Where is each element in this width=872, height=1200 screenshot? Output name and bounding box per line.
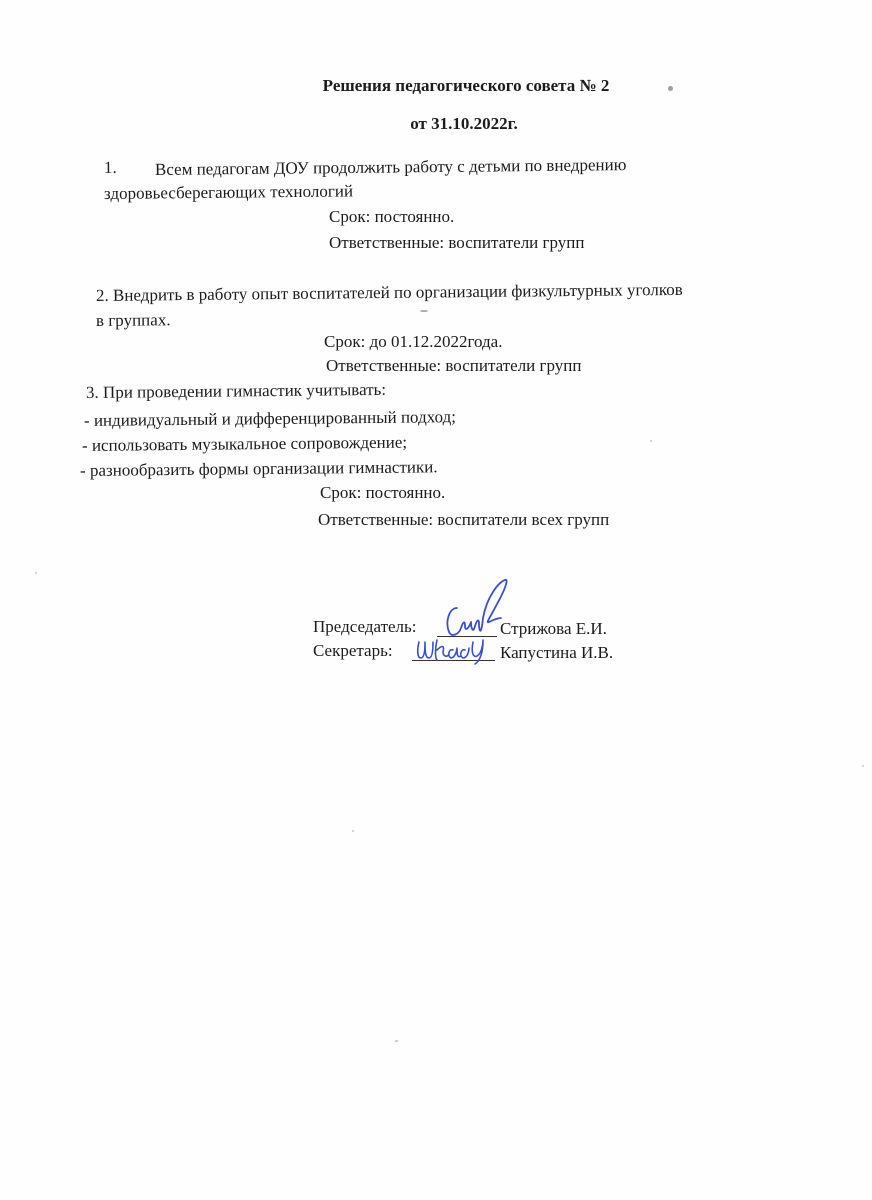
- secretary-signature-icon: [413, 636, 498, 666]
- secretary-name: Капустина И.В.: [500, 643, 613, 663]
- item-1-text-line1: Всем педагогам ДОУ продолжить работу с д…: [155, 155, 627, 180]
- scan-speck: [650, 440, 652, 442]
- item-2-text-line2: в группах.: [96, 310, 171, 331]
- document-date: от 31.10.2022г.: [28, 114, 872, 134]
- item-2-responsible: Ответственные: воспитатели групп: [326, 356, 581, 376]
- item-2-deadline: Срок: до 01.12.2022года.: [324, 332, 502, 352]
- chair-signature-icon: [435, 578, 515, 640]
- document-title: Решения педагогического совета № 2: [30, 76, 872, 96]
- chair-label: Председатель:: [313, 617, 417, 637]
- item-1-text-line2: здоровьесберегающих технологий: [104, 181, 353, 204]
- item-3-text-line1: 3. При проведении гимнастик учитывать:: [86, 380, 386, 403]
- scan-speck: [352, 830, 354, 832]
- scan-speck: [35, 572, 37, 574]
- item-3-bullet-3: - разнообразить формы организации гимнас…: [80, 457, 438, 481]
- item-3-bullet-1: - индивидуальный и дифференцированный по…: [84, 407, 456, 431]
- scanned-document-page: Решения педагогического совета № 2 от 31…: [0, 0, 872, 1200]
- chair-name: Стрижова Е.И.: [500, 619, 607, 639]
- scan-speck: [420, 310, 428, 312]
- item-3-bullet-2: - использовать музыкальное сопровождение…: [82, 433, 407, 456]
- item-3-responsible: Ответственные: воспитатели всех групп: [318, 510, 609, 530]
- scan-speck: [862, 765, 864, 767]
- scan-speck: [668, 86, 673, 91]
- secretary-label: Секретарь:: [313, 641, 393, 661]
- item-3-deadline: Срок: постоянно.: [320, 483, 445, 503]
- item-1-number: 1.: [104, 158, 117, 178]
- item-1-deadline: Срок: постоянно.: [329, 207, 454, 227]
- item-2-text-line1: 2. Внедрить в работу опыт воспитателей п…: [96, 280, 683, 306]
- item-1-responsible: Ответственные: воспитатели групп: [329, 233, 584, 253]
- scan-speck: [395, 1040, 398, 1042]
